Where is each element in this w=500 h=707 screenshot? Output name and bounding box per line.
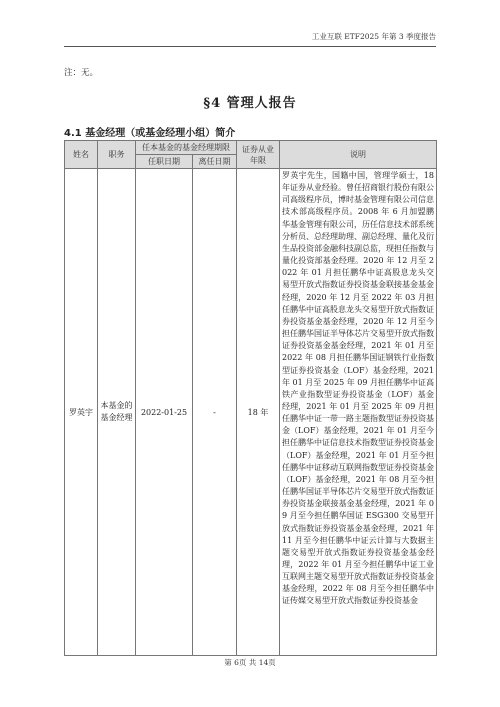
- header-end-date: 离任日期: [193, 155, 237, 169]
- running-header: 工业互联 ETF2025 年第 3 季度报告: [64, 30, 436, 47]
- cell-start-date: 2022-01-25: [136, 169, 193, 656]
- subsection-title: 4.1 基金经理（或基金经理小组）简介: [64, 124, 235, 139]
- header-start-date: 任职日期: [136, 155, 193, 169]
- fund-manager-table: 姓名 职务 任本基金的基金经理期限 证券从业年限 说明 任职日期 离任日期 罗英…: [64, 140, 437, 656]
- note-text: 注：无。: [64, 66, 98, 78]
- header-name: 姓名: [65, 141, 98, 169]
- header-position: 职务: [98, 141, 136, 169]
- page-footer: 第 6页 共 14页: [0, 657, 500, 668]
- cell-position: 本基金的基金经理: [98, 169, 136, 656]
- cell-years: 18 年: [237, 169, 280, 656]
- section-title: §4 管理人报告: [0, 92, 500, 111]
- table-row: 罗英宇 本基金的基金经理 2022-01-25 - 18 年 罗英宇先生，国籍中…: [65, 169, 437, 656]
- cell-name: 罗英宇: [65, 169, 98, 656]
- cell-description: 罗英宇先生，国籍中国，管理学硕士，18 年证券从业经验。曾任招商银行股份有限公司…: [280, 169, 437, 656]
- running-title: 工业互联 ETF2025 年第 3 季度报告: [312, 32, 436, 41]
- header-term-group: 任本基金的基金经理期限: [136, 141, 237, 155]
- header-description: 说明: [280, 141, 437, 169]
- header-years: 证券从业年限: [237, 141, 280, 169]
- cell-end-date: -: [193, 169, 237, 656]
